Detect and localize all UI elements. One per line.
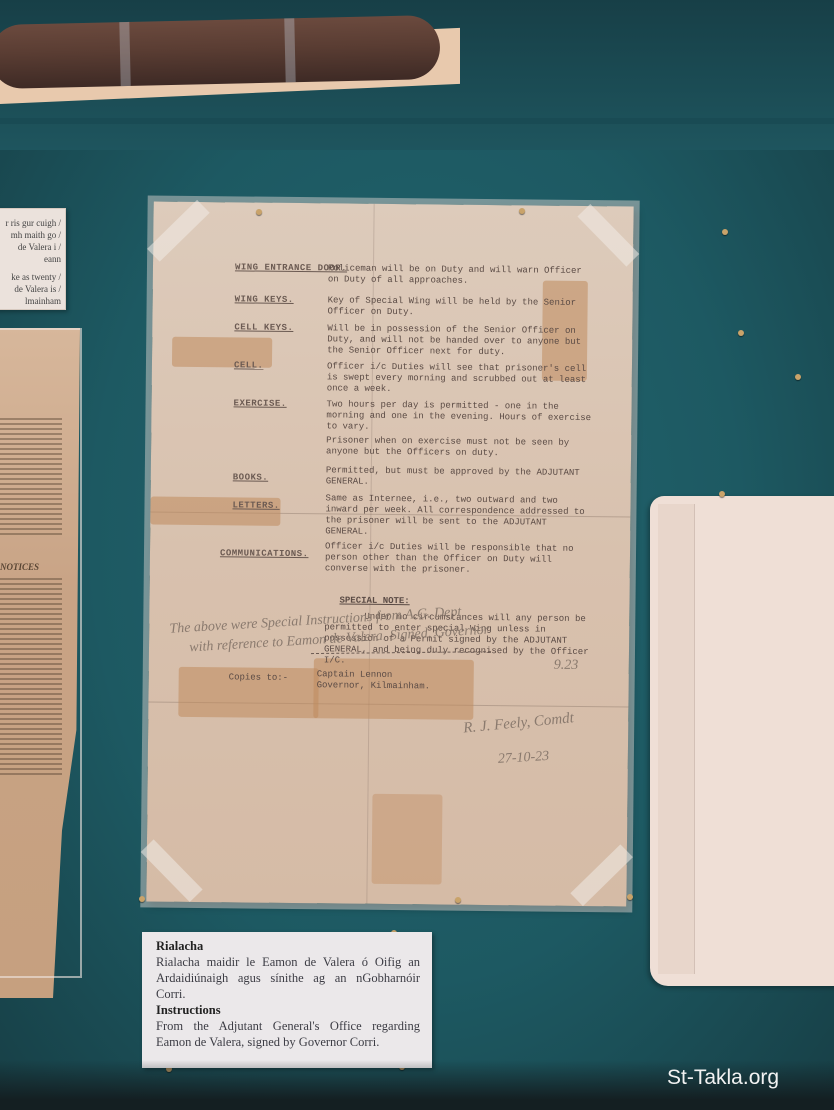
corner-tape — [577, 204, 639, 267]
handwritten-date: 9.23 — [554, 658, 579, 674]
rule-row: COMMUNICATIONS. Officer i/c Duties will … — [150, 539, 630, 544]
tape-stain — [372, 794, 443, 885]
booklet-spine — [658, 504, 695, 974]
baton-band — [119, 22, 130, 86]
rule-text: Officer i/c Duties will see that prisone… — [327, 361, 592, 397]
copies-recipients: Captain Lennon Governor, Kilmainham. — [317, 669, 431, 692]
rule-label: COMMUNICATIONS. — [220, 548, 309, 560]
caption-irish-title: Rialacha — [156, 938, 420, 954]
rule-label: CELL. — [234, 360, 264, 371]
display-case-edge — [0, 118, 834, 124]
rule-text: Permitted, but must be approved by the A… — [326, 465, 591, 490]
rule-label: EXERCISE. — [234, 398, 287, 410]
rule-label: BOOKS. — [233, 472, 269, 483]
display-pin — [719, 491, 725, 497]
rule-text: Officer i/c Duties will be responsible t… — [325, 541, 590, 577]
rule-label: LETTERS. — [232, 500, 279, 511]
display-pin — [519, 208, 525, 214]
rule-text: Prisoner when on exercise must not be se… — [326, 435, 591, 460]
rule-text: Same as Internee, i.e., two outward and … — [325, 493, 590, 540]
rule-text: Key of Special Wing will be held by the … — [327, 295, 592, 320]
display-pin — [627, 894, 633, 900]
display-pin — [795, 374, 801, 380]
left-card-text-b: ke as twenty / de Valera is / lmainham — [1, 271, 61, 307]
caption-english-title: Instructions — [156, 1002, 420, 1018]
display-pin — [722, 229, 728, 235]
booklet-artifact — [650, 496, 834, 986]
clipping-protective-sleeve — [0, 328, 82, 978]
rule-row: LETTERS. Same as Internee, i.e., two out… — [151, 491, 631, 496]
wooden-baton-artifact — [0, 15, 441, 89]
display-pin — [139, 896, 145, 902]
copies-label: Copies to:- — [229, 672, 289, 683]
rule-row: WING ENTRANCE DOOR. Policeman will be on… — [153, 262, 633, 267]
caption-english-text: From the Adjutant General's Office regar… — [156, 1018, 420, 1050]
special-note-heading: SPECIAL NOTE: — [339, 595, 409, 606]
display-pin — [256, 209, 262, 215]
rule-label: WING KEYS. — [235, 294, 294, 306]
instructions-document: WING ENTRANCE DOOR. Policeman will be on… — [146, 202, 633, 907]
rule-text: Will be in possession of the Senior Offi… — [327, 323, 592, 359]
display-pin — [455, 897, 461, 903]
caption-irish-text: Rialacha maidir le Eamon de Valera ó Oif… — [156, 954, 420, 1002]
display-pin — [738, 330, 744, 336]
left-label-card: r ris gur cuigh / mh maith go / de Valer… — [0, 208, 66, 310]
signature: R. J. Feely, Comdt — [463, 710, 575, 737]
rule-label: CELL KEYS. — [234, 322, 293, 334]
rule-text: Two hours per day is permitted - one in … — [326, 399, 591, 435]
left-card-text-a: r ris gur cuigh / mh maith go / de Valer… — [1, 217, 61, 265]
exhibit-caption-card: Rialacha Rialacha maidir le Eamon de Val… — [142, 932, 432, 1068]
rule-text: Policeman will be on Duty and will warn … — [328, 263, 593, 288]
signature-date: 27-10-23 — [497, 749, 549, 768]
corner-tape — [141, 839, 203, 902]
watermark: St-Takla.org — [667, 1066, 779, 1090]
rule-row: BOOKS. Permitted, but must be approved b… — [151, 463, 631, 468]
rule-row: EXERCISE. Two hours per day is permitted… — [152, 397, 632, 402]
baton-band — [284, 18, 295, 82]
corner-tape — [147, 200, 210, 262]
corner-tape — [570, 844, 633, 906]
copies-recipient: Governor, Kilmainham. — [317, 680, 431, 692]
